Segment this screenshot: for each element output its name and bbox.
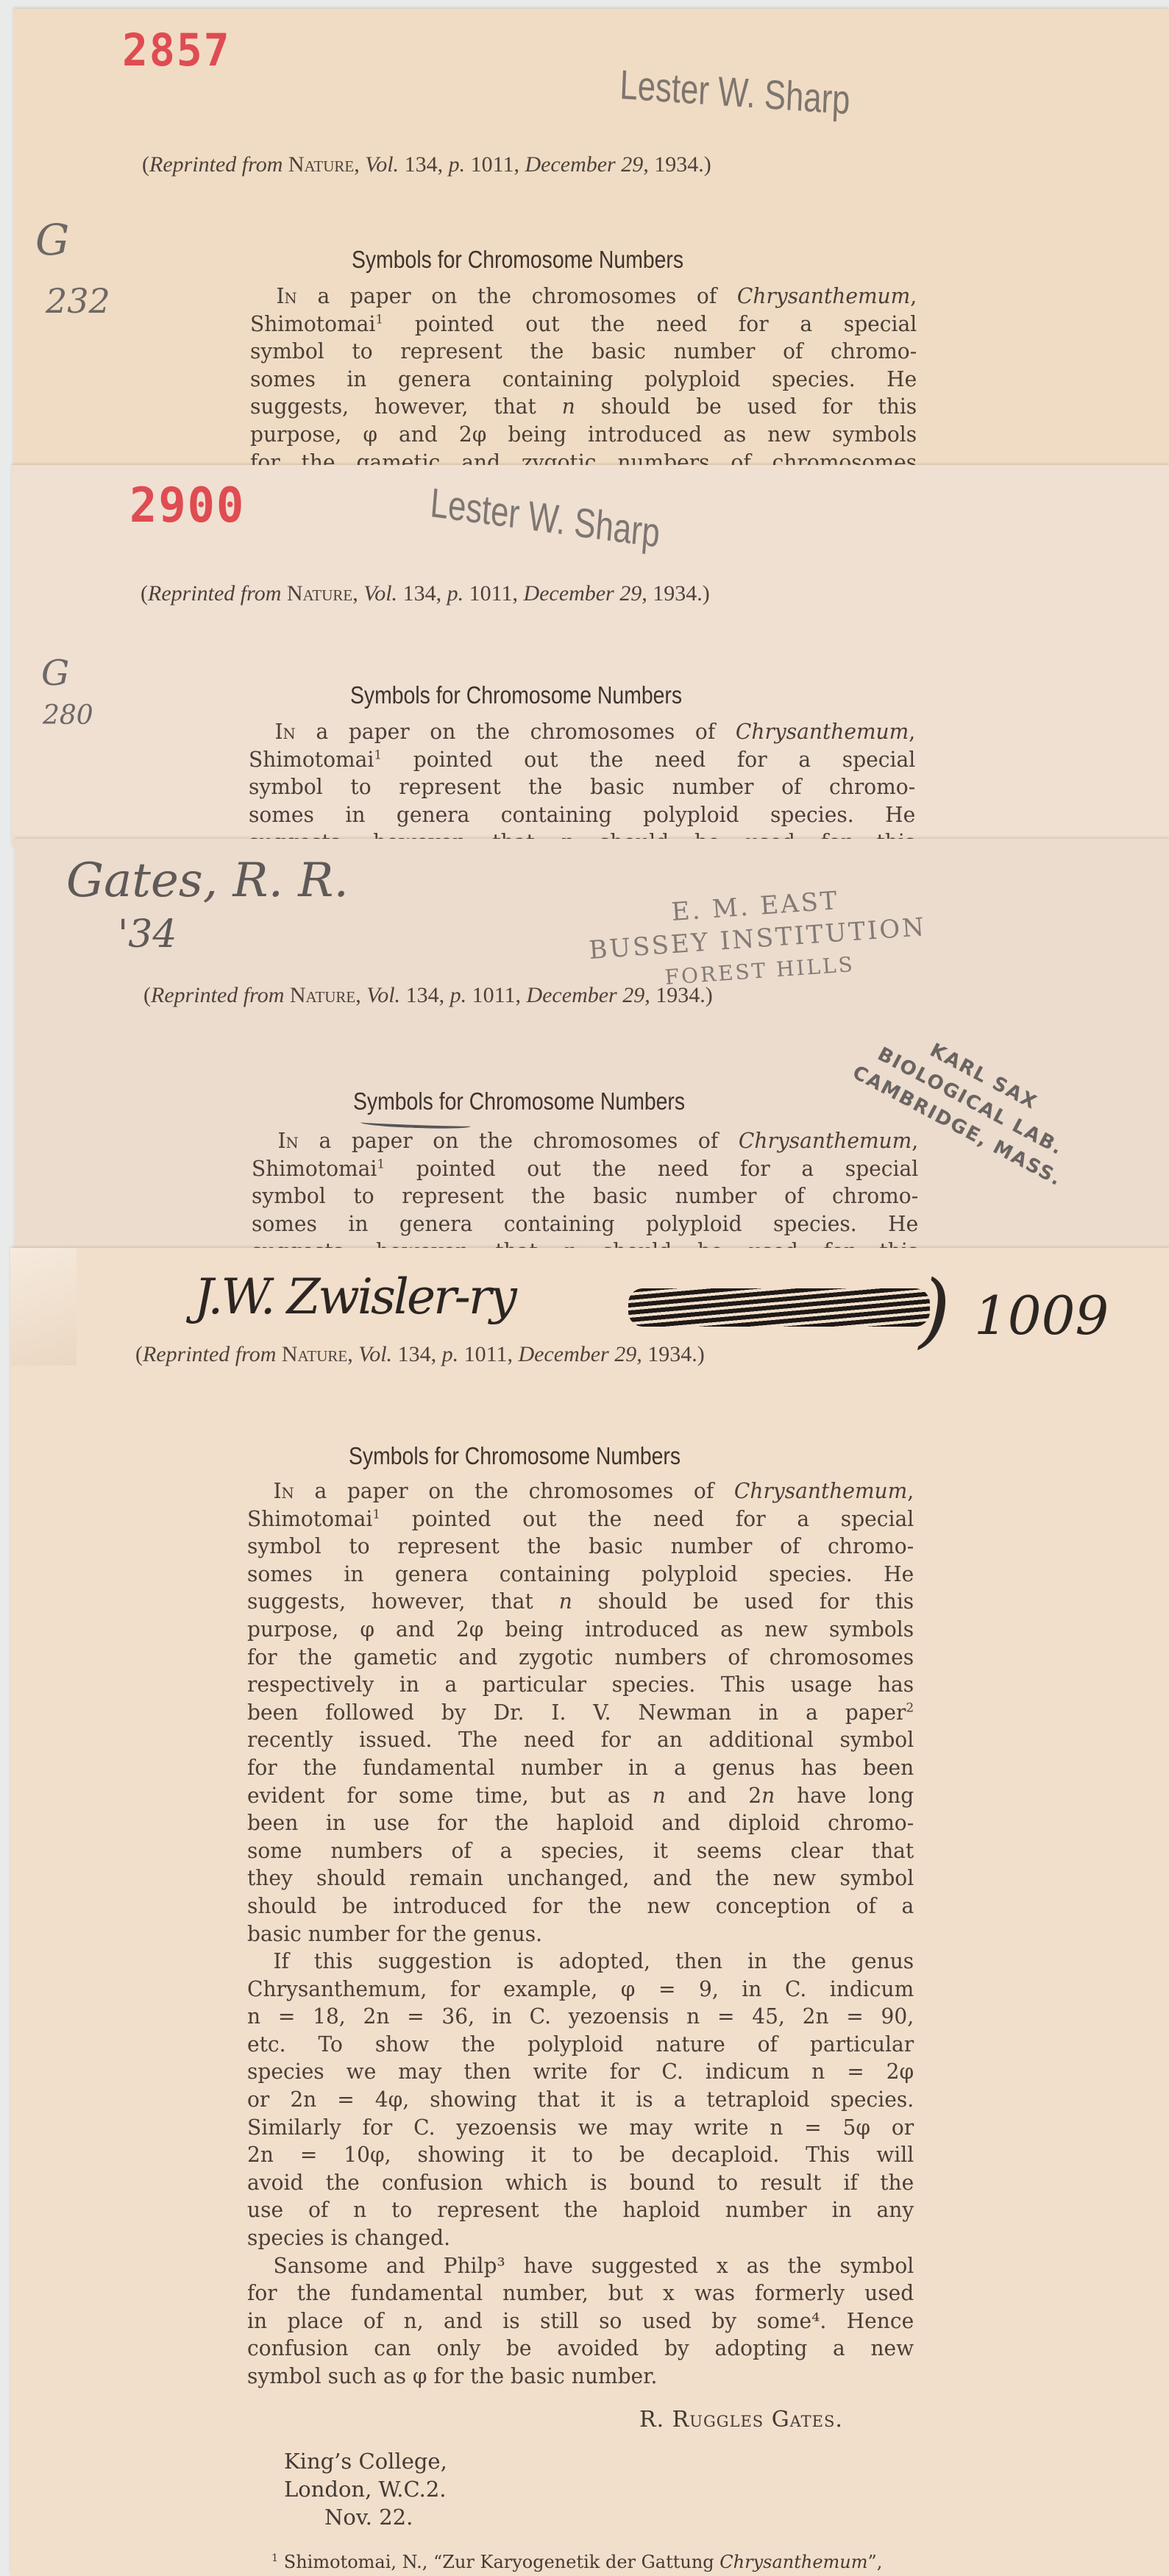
east-institution-stamp: E. M. EAST BUSSEY INSTITUTION FOREST HIL… xyxy=(586,879,929,999)
handwritten-year: '34 xyxy=(118,912,177,957)
crossed-out-text xyxy=(628,1288,930,1327)
article-body-excerpt: In a paper on the chromosomes of Chrysan… xyxy=(252,1127,918,1251)
reprint-copy-1: 2857 Lester W. Sharp G 232 (Reprinted fr… xyxy=(13,9,1169,480)
reprint-citation: (Reprinted from Nature, Vol. 134, p. 101… xyxy=(142,152,711,177)
handwritten-letter: G xyxy=(35,215,69,265)
author-signoff: R. Ruggles Gates. xyxy=(639,2407,843,2433)
red-accession-number: 2900 xyxy=(129,477,245,533)
handwritten-signature: J.W. Zwisler-ry xyxy=(194,1269,515,1325)
article-title: Symbols for Chromosome Numbers xyxy=(350,681,682,709)
owner-stamp: Lester W. Sharp xyxy=(429,478,662,557)
handwritten-number: 1009 xyxy=(974,1285,1109,1346)
handwritten-author-name: Gates, R. R. xyxy=(66,854,349,908)
reprint-copy-4: J.W. Zwisler-ry ) 1009 (Reprinted from N… xyxy=(10,1248,1169,2576)
handwritten-letter: G xyxy=(41,653,69,694)
article-body-excerpt: In a paper on the chromosomes of Chrysan… xyxy=(250,283,917,476)
reprint-copy-2: 2900 Lester W. Sharp G 280 (Reprinted fr… xyxy=(12,465,1169,848)
footnote-1: 1 Shimotomai, N., “Zur Karyogenetik der … xyxy=(271,2552,882,2572)
article-body: In a paper on the chromosomes of Chrysan… xyxy=(247,1477,914,2391)
reprint-citation: (Reprinted from Nature, Vol. 134, p. 101… xyxy=(141,581,710,606)
handwritten-number: 280 xyxy=(43,700,93,731)
torn-corner xyxy=(10,1248,77,1366)
article-title: Symbols for Chromosome Numbers xyxy=(352,246,683,274)
article-body-excerpt: In a paper on the chromosomes of Chrysan… xyxy=(249,718,915,848)
owner-stamp: Lester W. Sharp xyxy=(619,60,850,124)
reprint-copy-3: Gates, R. R. '34 E. M. EAST BUSSEY INSTI… xyxy=(15,839,1169,1251)
reprint-citation: (Reprinted from Nature, Vol. 134, p. 101… xyxy=(135,1342,705,1367)
handwritten-number: 232 xyxy=(46,281,110,321)
article-title: Symbols for Chromosome Numbers xyxy=(353,1087,685,1115)
handwritten-paren: ) xyxy=(919,1263,951,1357)
author-address: King’s College, London, W.C.2. Nov. 22. xyxy=(284,2447,447,2531)
red-accession-number: 2857 xyxy=(122,24,231,76)
reprint-citation: (Reprinted from Nature, Vol. 134, p. 101… xyxy=(143,983,713,1008)
article-title: Symbols for Chromosome Numbers xyxy=(349,1442,681,1470)
